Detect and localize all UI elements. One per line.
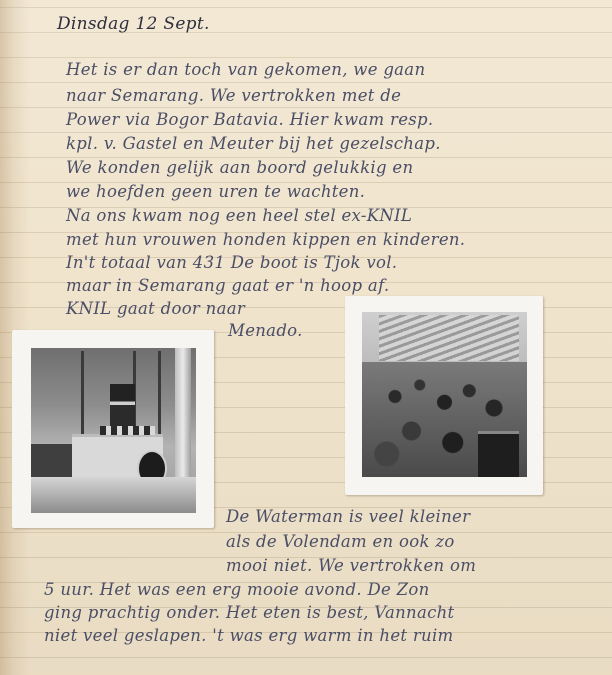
text-line: 5 uur. Het was een erg mooie avond. De Z… [44, 580, 430, 599]
text-line: Menado. [228, 321, 303, 340]
text-line: maar in Semarang gaat er 'n hoop af. [66, 276, 389, 295]
text-line: De Waterman is veel kleiner [226, 507, 470, 526]
text-line: niet veel geslapen. 't was erg warm in h… [44, 626, 454, 645]
photo-ship: Ship deck with funnel and masts [12, 330, 214, 528]
text-line: met hun vrouwen honden kippen en kindere… [66, 230, 465, 249]
text-line: kpl. v. Gastel en Meuter bij het gezelsc… [66, 134, 441, 153]
text-line: Na ons kwam nog een heel stel ex-KNIL [66, 206, 412, 225]
text-line: ging prachtig onder. Het eten is best, V… [44, 603, 455, 622]
dock-image [362, 312, 527, 477]
text-line: mooi niet. We vertrokken om [226, 556, 476, 575]
text-line: Het is er dan toch van gekomen, we gaan [66, 60, 425, 79]
text-line: KNIL gaat door naar [66, 299, 245, 318]
photo-dock: Troops and luggage on quay [345, 296, 543, 495]
text-line: als de Volendam en ook zo [226, 532, 455, 551]
text-line: we hoefden geen uren te wachten. [66, 182, 365, 201]
text-line: naar Semarang. We vertrokken met de [66, 86, 401, 105]
ship-image [31, 348, 196, 513]
text-line: We konden gelijk aan boord gelukkig en [66, 158, 413, 177]
text-line: Power via Bogor Batavia. Hier kwam resp. [66, 110, 433, 129]
diary-page: Dinsdag 12 Sept. Het is er dan toch van … [0, 0, 612, 675]
text-line: In't totaal van 431 De boot is Tjok vol. [66, 253, 397, 272]
date-heading: Dinsdag 12 Sept. [57, 14, 210, 34]
